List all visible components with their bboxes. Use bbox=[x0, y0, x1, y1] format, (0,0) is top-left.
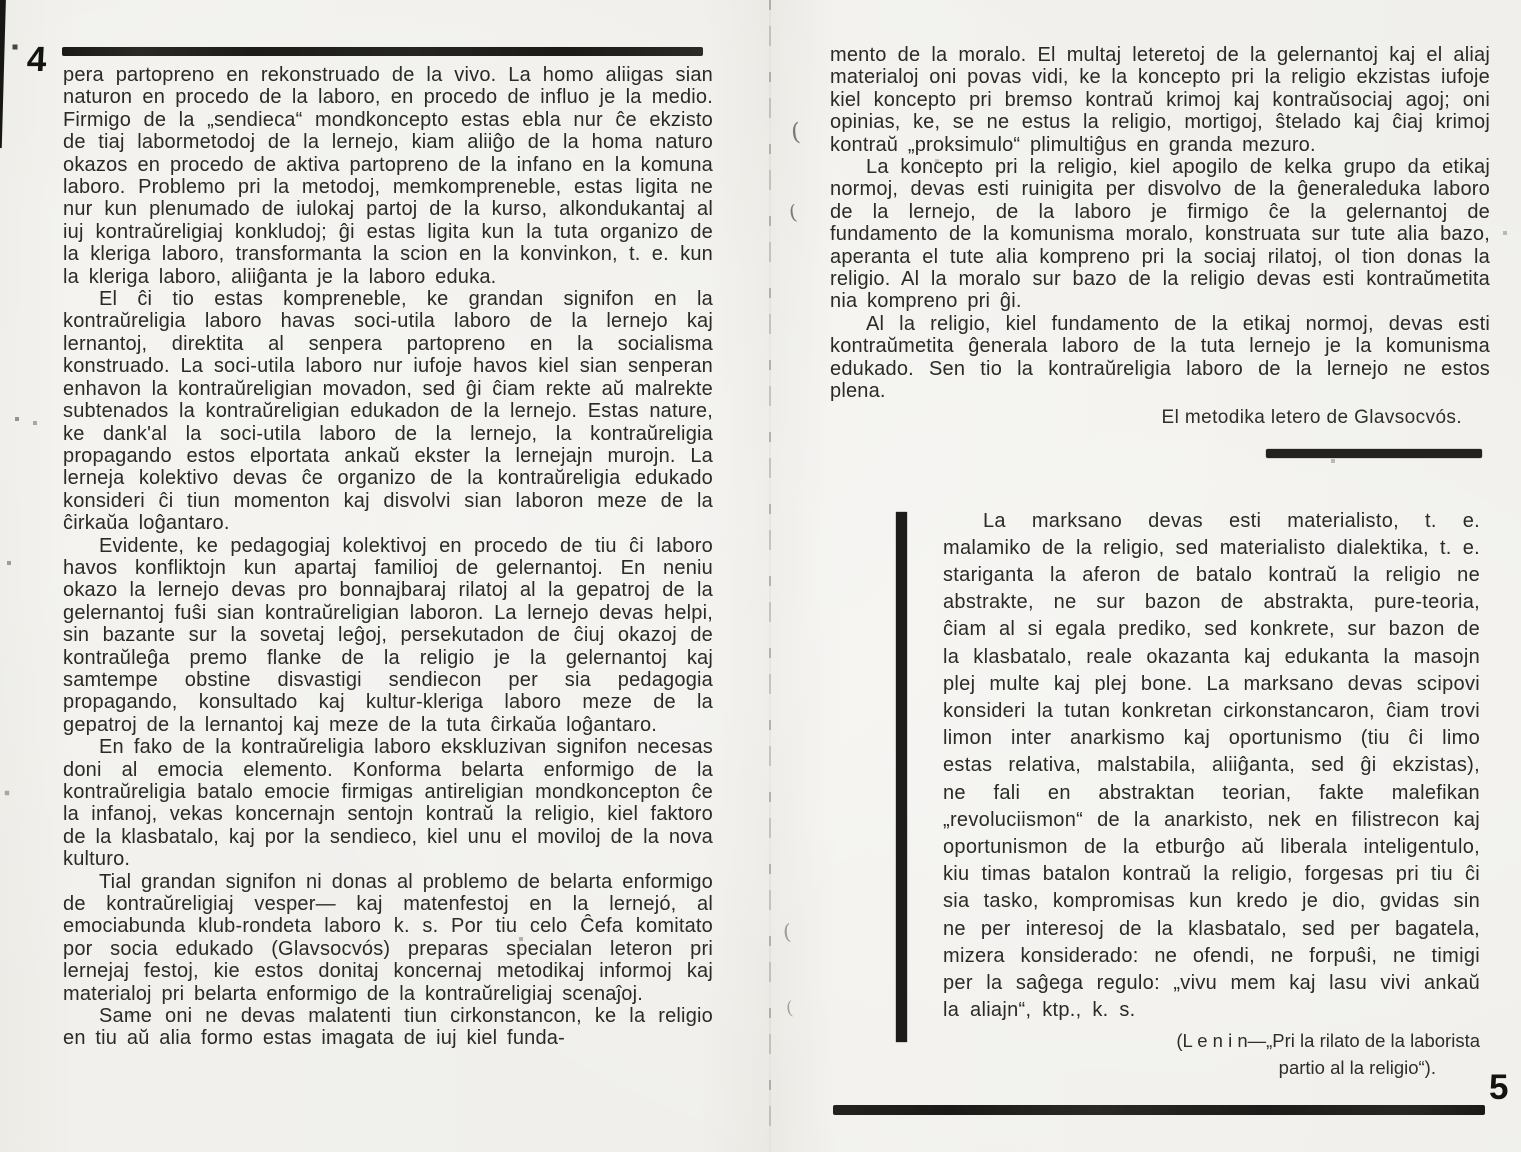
quote-bar bbox=[896, 512, 907, 1042]
left-page-text-column: pera partopreno en rekonstruado de la vi… bbox=[63, 64, 713, 1050]
paragraph: En fako de la kontraŭreligia laboro eksk… bbox=[63, 736, 713, 870]
gutter-ink-mark: ( bbox=[787, 200, 798, 225]
quote-attribution: (L e n i n—„Pri la rilato de la laborist… bbox=[943, 1027, 1480, 1081]
gutter-ink-mark: ( bbox=[790, 118, 802, 147]
page-number-left: 4 bbox=[26, 40, 48, 80]
gutter-fold-line bbox=[769, 0, 771, 1152]
paragraph: Al la religio, kiel fundamento de la eti… bbox=[830, 313, 1490, 403]
page-number-right: 5 bbox=[1489, 1068, 1508, 1108]
paragraph: Evidente, ke pedagogiaj kolektivoj en pr… bbox=[63, 535, 713, 737]
signature-line: El metodika letero de Glavsocvós. bbox=[830, 407, 1490, 429]
quote-attribution-line2: partio al la religio“). bbox=[943, 1054, 1480, 1081]
dust-speckles bbox=[0, 0, 2, 2]
quote-block: La marksano devas esti materialisto, t. … bbox=[830, 508, 1490, 1082]
scan-edge-line bbox=[0, 0, 6, 148]
paragraph: mento de la moralo. El multaj leteretoj … bbox=[830, 44, 1490, 156]
book-spread: ( ( ( ( 4 pera partopreno en rekonstruad… bbox=[0, 0, 1521, 1152]
paragraph: Same oni ne devas malatenti tiun cirkons… bbox=[63, 1005, 713, 1050]
paragraph: pera partopreno en rekonstruado de la vi… bbox=[63, 64, 713, 288]
gutter-ink-mark: ( bbox=[782, 920, 792, 945]
paragraph: El ĉi tio estas kompreneble, ke grandan … bbox=[63, 288, 713, 534]
right-page-text-column: mento de la moralo. El multaj leteretoj … bbox=[830, 44, 1490, 1081]
paragraph: Tial grandan signifon ni donas al proble… bbox=[63, 871, 713, 1005]
right-page-bottom-rule bbox=[833, 1105, 1485, 1115]
quote-text: La marksano devas esti materialisto, t. … bbox=[943, 508, 1480, 1025]
left-page-top-rule bbox=[62, 47, 703, 56]
paragraph: La koncepto pri la religio, kiel apogilo… bbox=[830, 156, 1490, 313]
section-divider-rule bbox=[1266, 449, 1482, 458]
quote-attribution-line1: (L e n i n—„Pri la rilato de la laborist… bbox=[943, 1027, 1480, 1054]
gutter-ink-mark: ( bbox=[785, 998, 794, 1020]
